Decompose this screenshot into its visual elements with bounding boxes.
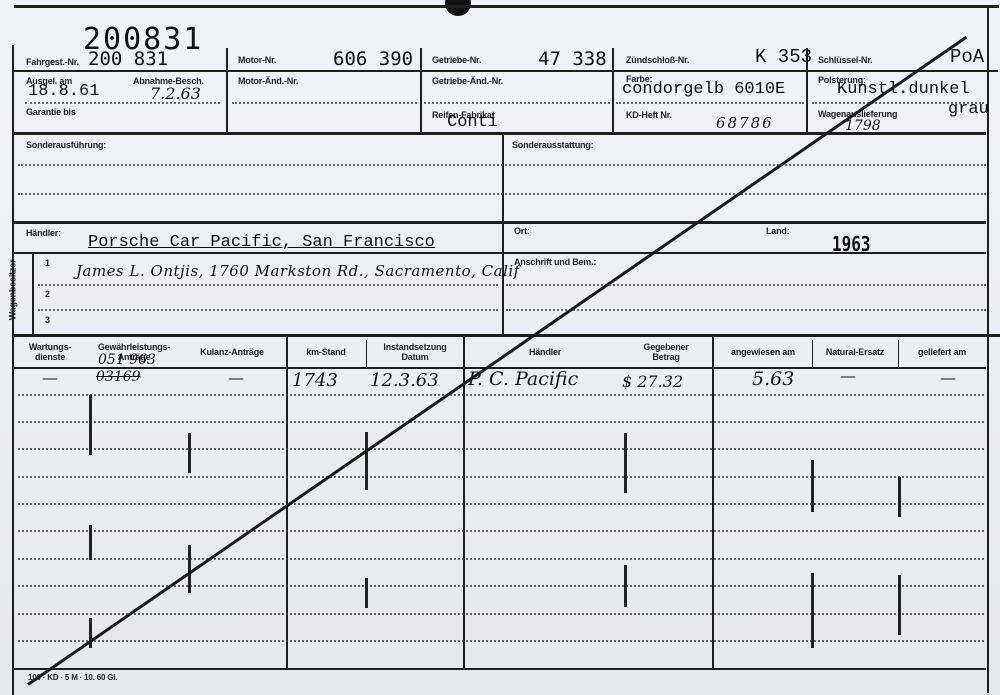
cell-betrag: $ 27.32 xyxy=(622,372,683,391)
tick-mark xyxy=(365,432,368,490)
divider xyxy=(14,132,986,135)
divider xyxy=(612,48,614,134)
tire-value: Conti xyxy=(447,113,498,132)
tick-mark xyxy=(811,573,814,648)
col-header-natural: Natural-Ersatz xyxy=(813,347,897,357)
cell-natural: — xyxy=(840,366,856,385)
ignition-label: Zündschloß-Nr. xyxy=(626,55,689,65)
divider xyxy=(226,48,228,134)
motor-change-label: Motor-Änd.-Nr. xyxy=(238,76,298,86)
upholstery-value-2: grau xyxy=(948,100,989,119)
dotted-line xyxy=(18,164,986,166)
color-value: condorgelb 6010E xyxy=(622,80,785,99)
dotted-line xyxy=(616,102,804,104)
divider xyxy=(32,254,34,334)
special-equipment-label: Sonderausstattung: xyxy=(512,140,593,150)
motor-label: Motor-Nr. xyxy=(238,55,276,65)
cell-angewiesen: 5.63 xyxy=(752,368,794,390)
owners-side-label: Wagenbesitzer xyxy=(7,260,17,321)
tick-mark xyxy=(89,525,92,560)
place-label: Ort: xyxy=(514,226,530,236)
upholstery-value-1: Kunstl.dunkel xyxy=(837,80,970,99)
divider xyxy=(366,340,367,368)
address-label: Anschrift und Bem.: xyxy=(514,257,596,267)
dotted-line xyxy=(18,503,984,505)
dotted-line xyxy=(18,640,984,642)
acceptance-value: 7.2.63 xyxy=(150,84,201,103)
tick-mark xyxy=(811,460,814,512)
warranty-label: Garantie bis xyxy=(26,107,76,117)
cell-km: 1743 xyxy=(292,370,338,391)
kd-value: 68786 xyxy=(716,114,774,132)
tick-mark xyxy=(898,575,901,635)
gearbox-value: 47 338 xyxy=(538,48,607,70)
divider xyxy=(14,334,1000,337)
col-header-kulanz: Kulanz-Anträge xyxy=(186,347,278,357)
cell-gewaehr-top: 051 963 xyxy=(98,352,156,368)
dotted-line xyxy=(232,102,417,104)
ignition-value: K 353 xyxy=(755,46,812,68)
cell-kulanz: — xyxy=(228,368,244,387)
dotted-line xyxy=(18,613,984,615)
divider xyxy=(806,48,808,134)
left-border xyxy=(12,45,14,695)
col-header-wartung: Wartungs- dienste xyxy=(18,342,82,362)
vehicle-record-card: 200831 Fahrgest.-Nr. 200 831 Ausgel. am … xyxy=(0,0,1000,695)
dealer-value: Porsche Car Pacific, San Francisco xyxy=(88,233,435,252)
col-header-betrag: Gegebener Betrag xyxy=(622,342,710,362)
dotted-line xyxy=(18,421,984,423)
owner-row-value: James L. Ontjis, 1760 Markston Rd., Sacr… xyxy=(76,262,520,280)
col-header-angewiesen: angewiesen am xyxy=(714,347,812,357)
chassis-value: 200 831 xyxy=(88,48,168,70)
dotted-line xyxy=(18,585,984,587)
divider xyxy=(14,221,986,224)
dotted-line xyxy=(18,394,984,396)
key-value: PoA xyxy=(950,46,984,68)
dotted-line xyxy=(38,284,498,286)
special-execution-label: Sonderausführung: xyxy=(26,140,106,150)
dotted-line xyxy=(18,476,984,478)
chassis-label: Fahrgest.-Nr. xyxy=(26,57,79,67)
divider xyxy=(14,70,229,72)
divider xyxy=(14,252,986,254)
col-header-geliefert: geliefert am xyxy=(899,347,985,357)
dotted-line xyxy=(18,193,986,195)
tick-mark xyxy=(898,477,901,517)
dealer-label: Händler: xyxy=(26,228,61,238)
gearbox-change-label: Getriebe-Änd.-Nr. xyxy=(432,76,503,86)
dotted-line xyxy=(424,102,610,104)
motor-value: 606 390 xyxy=(333,48,413,70)
kd-label: KD-Heft Nr. xyxy=(626,110,672,120)
dotted-line xyxy=(18,448,984,450)
key-label: Schlüssel-Nr. xyxy=(818,55,872,65)
tick-mark xyxy=(188,433,191,473)
col-header-datum: Instandsetzung Datum xyxy=(368,342,462,362)
dotted-line xyxy=(506,309,986,311)
owner-row-num: 2 xyxy=(45,289,50,299)
country-label: Land: xyxy=(766,226,790,236)
gearbox-label: Getriebe-Nr. xyxy=(432,55,481,65)
tick-mark xyxy=(365,578,368,608)
divider xyxy=(14,668,986,670)
dotted-line xyxy=(38,309,498,311)
tick-mark xyxy=(624,433,627,493)
dotted-line xyxy=(506,284,986,286)
col-header-haendler: Händler xyxy=(470,347,620,357)
col-header-km: km-Stand xyxy=(290,347,362,357)
owner-row-num: 3 xyxy=(45,315,50,325)
cell-geliefert: — xyxy=(940,368,956,387)
tick-mark xyxy=(89,395,92,455)
dotted-line xyxy=(18,530,984,532)
top-border xyxy=(14,5,999,8)
delivered-value: 18.8.61 xyxy=(28,82,99,101)
cell-gewaehr-struck: 03169 xyxy=(96,369,141,385)
cell-datum: 12.3.63 xyxy=(370,370,439,391)
cell-wartung: — xyxy=(42,368,58,387)
tick-mark xyxy=(624,565,627,607)
dotted-line xyxy=(25,102,220,104)
owner-row-num: 1 xyxy=(45,258,50,268)
divider xyxy=(420,48,422,134)
punch-hole xyxy=(445,0,471,16)
dotted-line xyxy=(18,558,984,560)
